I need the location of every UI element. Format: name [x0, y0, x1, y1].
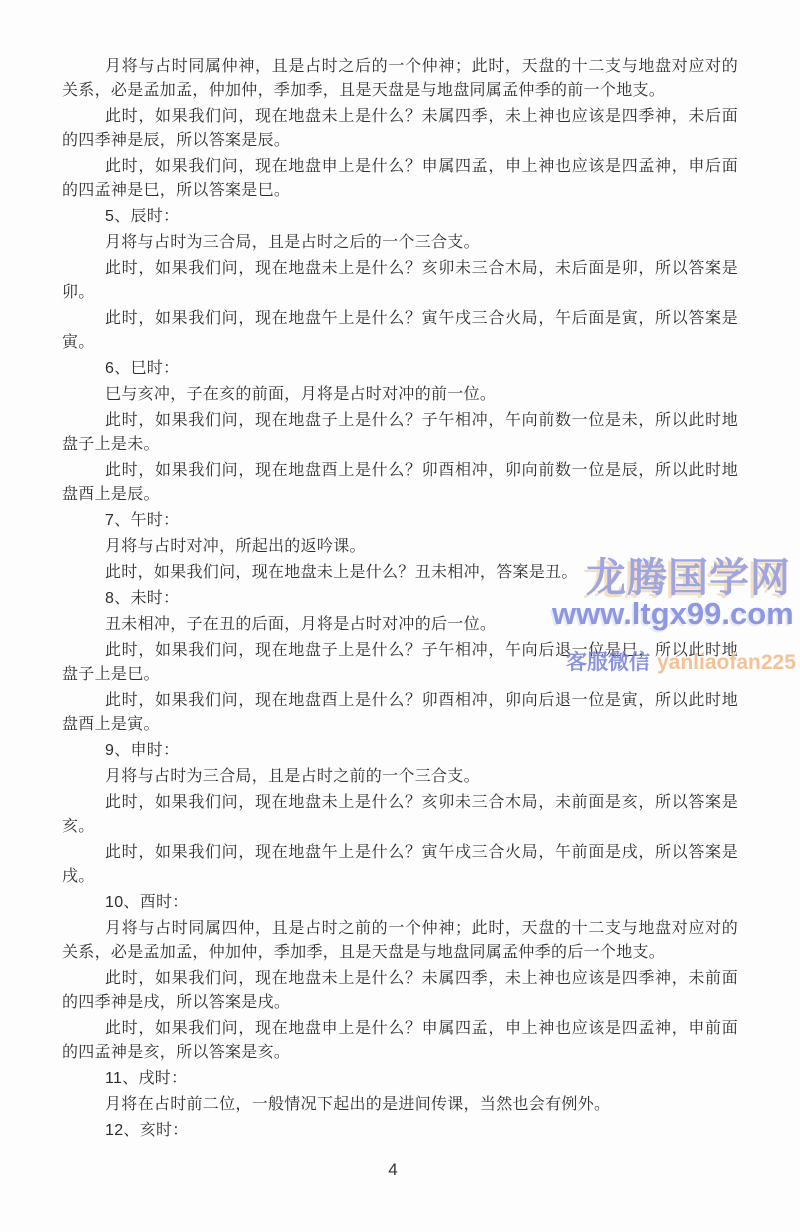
paragraph: 此时，如果我们问，现在地盘未上是什么？未属四季，未上神也应该是四季神，未后面的四… [62, 105, 738, 153]
paragraph: 此时，如果我们问，现在地盘子上是什么？子午相冲，午向前数一位是未，所以此时地盘子… [62, 409, 738, 457]
paragraph: 巳与亥冲，子在亥的前面，月将是占时对冲的前一位。 [62, 383, 738, 407]
paragraph: 此时，如果我们问，现在地盘未上是什么？亥卯未三合木局，未后面是卯，所以答案是卯。 [62, 257, 738, 305]
section-heading: 10、酉时： [62, 891, 738, 915]
paragraph: 月将与占时同属四仲，且是占时之前的一个仲神；此时，天盘的十二支与地盘对应对的关系… [62, 917, 738, 965]
paragraph: 丑未相冲，子在丑的后面，月将是占时对冲的后一位。 [62, 613, 738, 637]
section-heading: 8、未时： [62, 587, 738, 611]
paragraph: 此时，如果我们问，现在地盘子上是什么？子午相冲，午向后退一位是巳，所以此时地盘子… [62, 639, 738, 687]
paragraph: 月将与占时为三合局，且是占时之后的一个三合支。 [62, 231, 738, 255]
paragraph: 此时，如果我们问，现在地盘酉上是什么？卯酉相冲，卯向后退一位是寅，所以此时地盘酉… [62, 689, 738, 737]
paragraph: 月将与占时对冲，所起出的返吟课。 [62, 535, 738, 559]
section-heading: 7、午时： [62, 509, 738, 533]
document-page: 月将与占时同属仲神，且是占时之后的一个仲神；此时，天盘的十二支与地盘对应对的关系… [0, 0, 800, 1232]
section-heading: 6、巳时： [62, 357, 738, 381]
paragraph: 此时，如果我们问，现在地盘午上是什么？寅午戌三合火局，午后面是寅，所以答案是寅。 [62, 307, 738, 355]
paragraph: 此时，如果我们问，现在地盘午上是什么？寅午戌三合火局，午前面是戌，所以答案是戌。 [62, 841, 738, 889]
paragraph: 月将与占时为三合局，且是占时之前的一个三合支。 [62, 765, 738, 789]
paragraph: 月将在占时前二位，一般情况下起出的是进间传课，当然也会有例外。 [62, 1093, 738, 1117]
section-heading: 5、辰时： [62, 205, 738, 229]
paragraph: 此时，如果我们问，现在地盘酉上是什么？卯酉相冲，卯向前数一位是辰，所以此时地盘酉… [62, 459, 738, 507]
page-number: 4 [0, 1160, 786, 1180]
section-heading: 9、申时： [62, 739, 738, 763]
paragraph: 此时，如果我们问，现在地盘申上是什么？申属四孟，申上神也应该是四孟神，申前面的四… [62, 1017, 738, 1065]
section-heading: 11、戌时： [62, 1067, 738, 1091]
paragraph: 此时，如果我们问，现在地盘未上是什么？未属四季，未上神也应该是四季神，未前面的四… [62, 967, 738, 1015]
section-heading: 12、亥时： [62, 1119, 738, 1143]
paragraph: 此时，如果我们问，现在地盘未上是什么？亥卯未三合木局，未前面是亥，所以答案是亥。 [62, 791, 738, 839]
document-body: 月将与占时同属仲神，且是占时之后的一个仲神；此时，天盘的十二支与地盘对应对的关系… [62, 55, 738, 1145]
paragraph: 此时，如果我们问，现在地盘未上是什么？丑未相冲，答案是丑。 [62, 561, 738, 585]
paragraph: 此时，如果我们问，现在地盘申上是什么？申属四孟，申上神也应该是四孟神，申后面的四… [62, 155, 738, 203]
paragraph: 月将与占时同属仲神，且是占时之后的一个仲神；此时，天盘的十二支与地盘对应对的关系… [62, 55, 738, 103]
